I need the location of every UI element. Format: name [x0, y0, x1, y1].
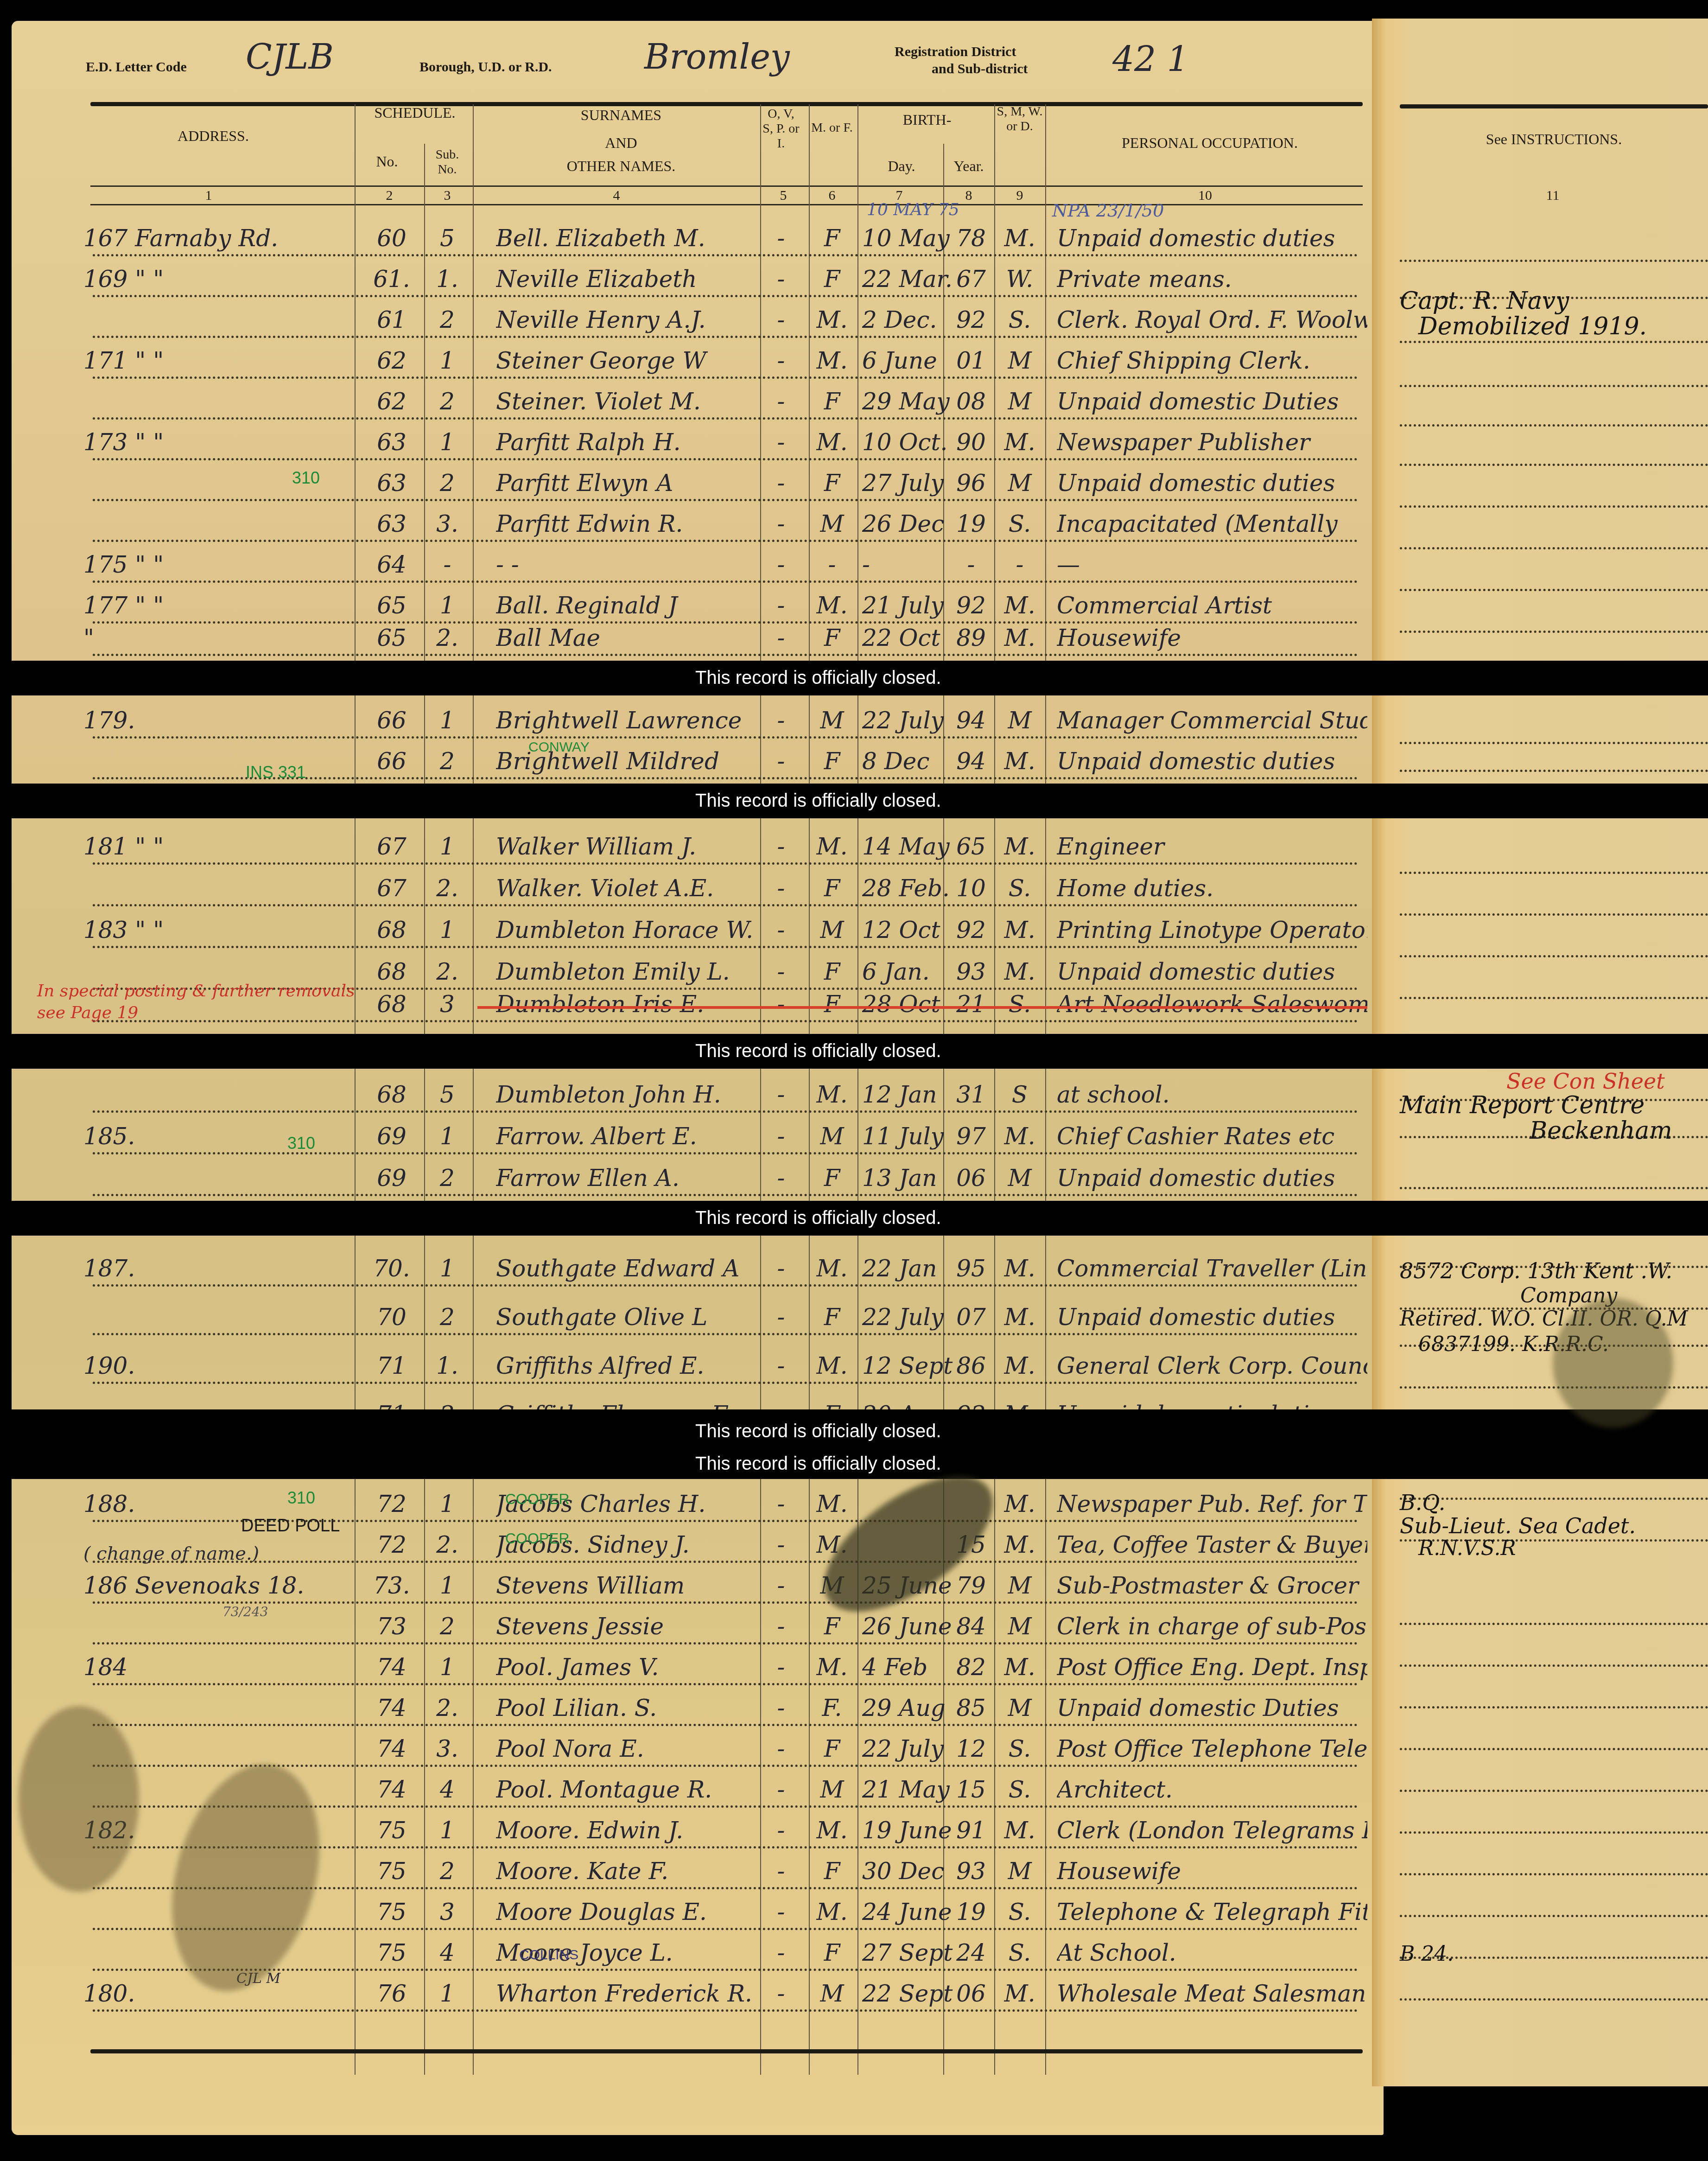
- cell-year: 24: [950, 1939, 992, 1966]
- cell-ovs: -: [762, 1255, 800, 1282]
- cell-day: 12 Oct: [862, 917, 955, 943]
- cell-smw: S.: [997, 306, 1043, 333]
- cell-address: 175 " ": [83, 551, 357, 578]
- instructions-rule: [1400, 464, 1708, 466]
- col-day: Day.: [862, 158, 941, 175]
- occupation-annotation: NPA 23/1/50: [1052, 200, 1164, 221]
- cell-year: 85: [950, 1695, 992, 1721]
- cell-ovs: -: [762, 1572, 800, 1599]
- cell-occupation: Incapacitated (Mentally: [1057, 510, 1367, 537]
- census-row: 175 " "64-- ------—: [0, 542, 1372, 583]
- cell-address: 171 " ": [83, 347, 357, 374]
- cell-smw: S.: [997, 510, 1043, 537]
- note-capt-navy: Capt. R. Navy: [1400, 287, 1569, 315]
- col-smwd: S, M, W. or D.: [997, 104, 1043, 134]
- note-sub-lieut: Sub-Lieut. Sea Cadet.: [1400, 1514, 1636, 1538]
- cell-ovs: -: [762, 1531, 800, 1558]
- column-number: 2: [380, 188, 399, 204]
- cell-year: 21: [950, 991, 992, 1018]
- cell-day: 29 May: [862, 388, 955, 415]
- cell-day: 2 Dec.: [862, 306, 955, 333]
- cell-sex: F: [816, 1735, 848, 1762]
- cell-sex: M.: [816, 1081, 848, 1108]
- green-ref-310-c: 310: [287, 1488, 315, 1508]
- cell-year: 94: [950, 707, 992, 734]
- cell-occupation: Unpaid domestic duties: [1057, 1304, 1367, 1331]
- cell-occupation: Manager Commercial Studio: [1057, 707, 1367, 734]
- cell-occupation: Newspaper Publisher: [1057, 429, 1367, 456]
- stain: [19, 1706, 139, 1892]
- cell-ovs: -: [762, 1654, 800, 1681]
- cell-occupation: Engineer: [1057, 833, 1367, 860]
- cell-sub: 2: [426, 470, 468, 497]
- cell-sex: M: [816, 1776, 848, 1803]
- cell-day: 6 Jan.: [862, 958, 955, 985]
- cell-ovs: -: [762, 429, 800, 456]
- cell-schedule: 65: [366, 592, 417, 619]
- cell-year: 12: [950, 1735, 992, 1762]
- cell-ovs: -: [762, 388, 800, 415]
- cell-schedule: 70.: [366, 1255, 417, 1282]
- cell-ovs: -: [762, 1613, 800, 1640]
- instructions-rule: [1400, 1748, 1708, 1750]
- census-row: 742.Pool Lilian. S.-F.29 Aug85MUnpaid do…: [0, 1685, 1372, 1726]
- cell-smw: M.: [997, 1123, 1043, 1150]
- census-row: 167 Farnaby Rd.605Bell. Elizabeth M.-F10…: [0, 216, 1372, 256]
- cell-ovs: -: [762, 1165, 800, 1192]
- col-schedule: SCHEDULE.: [357, 104, 473, 121]
- cell-year: 08: [950, 388, 992, 415]
- census-row: 188.721Jacobs Charles H.-M.M.Newspaper P…: [0, 1481, 1372, 1522]
- closed-record-text: This record is officially closed.: [695, 1453, 941, 1474]
- cell-address: 190.: [83, 1352, 357, 1379]
- instructions-rule: [1400, 1664, 1708, 1667]
- cell-sub: 4: [426, 1776, 468, 1803]
- cell-smw: S: [997, 1081, 1043, 1108]
- col-instructions: See INSTRUCTIONS.: [1400, 131, 1708, 148]
- cell-year: 95: [950, 1255, 992, 1282]
- cell-day: 12 Jan: [862, 1081, 955, 1108]
- cell-day: 22 Mar.: [862, 266, 955, 293]
- cell-year: 65: [950, 833, 992, 860]
- col-schedule-no: No.: [359, 153, 415, 170]
- cell-sub: 2.: [426, 875, 468, 902]
- cell-sex: F: [816, 625, 848, 651]
- cell-schedule: 75: [366, 1858, 417, 1885]
- closed-record-band: This record is officially closed.: [0, 784, 1708, 818]
- closed-record-text: This record is officially closed.: [695, 790, 941, 811]
- cell-occupation: Newspaper Pub. Ref. for Times: [1057, 1491, 1367, 1517]
- cell-occupation: Unpaid domestic Duties: [1057, 388, 1367, 415]
- green-ref-ins: INS 331: [246, 763, 306, 782]
- cell-smw: M.: [997, 1654, 1043, 1681]
- cell-schedule: 76: [366, 1980, 417, 2007]
- cell-smw: M: [997, 1572, 1043, 1599]
- instructions-rule: [1400, 955, 1708, 957]
- cell-sub: 2.: [426, 1531, 468, 1558]
- cell-ovs: -: [762, 1352, 800, 1379]
- cell-occupation: Tea, Coffee Taster & Buyer: [1057, 1531, 1367, 1558]
- instructions-rule: [1400, 505, 1708, 508]
- cell-ovs: -: [762, 958, 800, 985]
- cell-ovs: -: [762, 551, 800, 578]
- cell-schedule: 70: [366, 1304, 417, 1331]
- cell-occupation: Clerk. Royal Ord. F. Woolwich: [1057, 306, 1367, 333]
- cell-year: 67: [950, 266, 992, 293]
- cell-schedule: 63: [366, 429, 417, 456]
- col-ovspi: O, V, S, P. or I.: [762, 107, 800, 152]
- col-schedule-sub: Sub. No.: [426, 147, 468, 177]
- cell-ovs: -: [762, 1817, 800, 1844]
- cell-ovs: -: [762, 1899, 800, 1925]
- note-b24: B 24.: [1400, 1943, 1454, 1966]
- cell-smw: -: [997, 551, 1043, 578]
- cell-year: 93: [950, 958, 992, 985]
- cell-sub: 1.: [426, 1352, 468, 1379]
- cell-address: 185.: [83, 1123, 357, 1150]
- cell-smw: W.: [997, 266, 1043, 293]
- cell-occupation: Architect.: [1057, 1776, 1367, 1803]
- header-rule: [90, 102, 1363, 106]
- instructions-rule: [1400, 1187, 1708, 1189]
- cell-sub: 5: [426, 1081, 468, 1108]
- cell-occupation: Unpaid domestic duties: [1057, 470, 1367, 497]
- instructions-rule: [1400, 997, 1708, 999]
- cell-ovs: -: [762, 1081, 800, 1108]
- cell-year: 90: [950, 429, 992, 456]
- cell-schedule: 74: [366, 1735, 417, 1762]
- cell-ovs: -: [762, 991, 800, 1018]
- cell-sex: F: [816, 1165, 848, 1192]
- cell-day: 27 Sept: [862, 1939, 955, 1966]
- cell-sex: F.: [816, 1695, 848, 1721]
- cell-schedule: 66: [366, 748, 417, 775]
- cell-smw: S.: [997, 1939, 1043, 1966]
- cell-year: 91: [950, 1817, 992, 1844]
- green-cooper-2: COOPER: [505, 1530, 570, 1547]
- cell-ovs: -: [762, 1491, 800, 1517]
- cell-day: 6 June: [862, 347, 955, 374]
- cell-sex: F: [816, 266, 848, 293]
- cell-day: 11 July: [862, 1123, 955, 1150]
- registration-label-1: Registration District: [895, 44, 1016, 60]
- cell-sub: 1: [426, 1255, 468, 1282]
- column-number: 5: [774, 188, 793, 204]
- cell-year: 97: [950, 1123, 992, 1150]
- census-row: 177 " "651Ball. Reginald J-M.21 July92M.…: [0, 583, 1372, 624]
- cell-day: 22 July: [862, 707, 955, 734]
- cell-schedule: 68: [366, 917, 417, 943]
- cell-schedule: 75: [366, 1899, 417, 1925]
- red-removal-note: In special posting & further removals se…: [37, 981, 362, 1024]
- cell-smw: M.: [997, 1817, 1043, 1844]
- instructions-rule: [1400, 341, 1708, 343]
- census-row: 622Steiner. Violet M.-F29 May08MUnpaid d…: [0, 379, 1372, 420]
- cell-sub: 3: [426, 991, 468, 1018]
- cell-ovs: -: [762, 917, 800, 943]
- cell-smw: M: [997, 470, 1043, 497]
- cell-schedule: 74: [366, 1654, 417, 1681]
- cell-smw: M: [997, 1165, 1043, 1192]
- instructions-rule: [1400, 872, 1708, 874]
- row-rule: [93, 2009, 1358, 2012]
- cell-occupation: Unpaid domestic duties: [1057, 958, 1367, 985]
- cell-day: 22 Jan: [862, 1255, 955, 1282]
- cell-year: 96: [950, 470, 992, 497]
- cell-sub: 1: [426, 1817, 468, 1844]
- cell-sex: M.: [816, 347, 848, 374]
- cell-sex: M.: [816, 306, 848, 333]
- note-demobilized: Demobilized 1919.: [1418, 313, 1647, 341]
- birth-annotation: 10 MAY 75: [867, 200, 959, 219]
- cell-occupation: Unpaid domestic Duties: [1057, 1695, 1367, 1721]
- cell-sub: 1: [426, 1654, 468, 1681]
- cell-address: 179.: [83, 707, 357, 734]
- cell-schedule: 61.: [366, 266, 417, 293]
- census-row: 179.661Brightwell Lawrence-M22 July94MMa…: [0, 698, 1372, 739]
- cell-ovs: -: [762, 875, 800, 902]
- green-ref-310-b: 310: [287, 1134, 315, 1153]
- cell-occupation: Post Office Eng. Dept. Insp.: [1057, 1654, 1367, 1681]
- cell-schedule: 68: [366, 991, 417, 1018]
- cell-occupation: Printing Linotype Operator: [1057, 917, 1367, 943]
- cell-ovs: -: [762, 625, 800, 651]
- cell-sub: 2: [426, 748, 468, 775]
- cell-ovs: -: [762, 748, 800, 775]
- cell-schedule: 73.: [366, 1572, 417, 1599]
- cell-schedule: 63: [366, 510, 417, 537]
- cell-occupation: Clerk (London Telegrams Eng.: [1057, 1817, 1367, 1844]
- cell-sub: 3.: [426, 1735, 468, 1762]
- cell-schedule: 62: [366, 388, 417, 415]
- cell-year: 92: [950, 592, 992, 619]
- cell-sub: 1: [426, 707, 468, 734]
- cell-occupation: Home duties.: [1057, 875, 1367, 902]
- cell-sex: M: [816, 510, 848, 537]
- closed-record-text: This record is officially closed.: [695, 668, 941, 688]
- instructions-rule: [1400, 1998, 1708, 2001]
- cell-sub: 2: [426, 1304, 468, 1331]
- instructions-rule: [1400, 1706, 1708, 1708]
- cell-ovs: -: [762, 347, 800, 374]
- cell-address: ": [83, 625, 357, 651]
- cell-smw: M.: [997, 1304, 1043, 1331]
- cell-occupation: Wholesale Meat Salesman: [1057, 1980, 1367, 2007]
- closed-record-text: This record is officially closed.: [695, 1421, 941, 1442]
- instructions-rule: [1400, 1498, 1708, 1500]
- cell-schedule: 74: [366, 1776, 417, 1803]
- cell-sub: 2.: [426, 625, 468, 651]
- cell-sub: 1: [426, 347, 468, 374]
- col-names-1: SURNAMES: [505, 107, 737, 124]
- census-row: 743.Pool Nora E.-F22 July12S.Post Office…: [0, 1726, 1372, 1767]
- cell-sub: 1: [426, 833, 468, 860]
- cell-ovs: -: [762, 1980, 800, 2007]
- cell-occupation: Unpaid domestic duties: [1057, 1165, 1367, 1192]
- cell-sex: M.: [816, 833, 848, 860]
- cell-smw: M.: [997, 1980, 1043, 2007]
- cell-schedule: 68: [366, 958, 417, 985]
- cell-smw: M: [997, 707, 1043, 734]
- cell-sex: M.: [816, 1899, 848, 1925]
- cell-sub: 2: [426, 1613, 468, 1640]
- cell-occupation: Chief Shipping Clerk.: [1057, 347, 1367, 374]
- cell-year: 19: [950, 510, 992, 537]
- cell-schedule: 60: [366, 225, 417, 252]
- cell-day: 12 Sept: [862, 1352, 955, 1379]
- cell-address: 186 Sevenoaks 18.: [83, 1572, 357, 1599]
- cell-year: 94: [950, 748, 992, 775]
- header-rule-right: [1400, 104, 1708, 108]
- cell-year: 82: [950, 1654, 992, 1681]
- cell-schedule: 66: [366, 707, 417, 734]
- cell-address: 184: [83, 1654, 357, 1681]
- cell-sub: 1: [426, 592, 468, 619]
- instructions-rule: [1400, 547, 1708, 549]
- closed-record-band: This record is officially closed. This r…: [0, 1409, 1708, 1479]
- cell-smw: M.: [997, 625, 1043, 651]
- cell-sub: 1: [426, 1123, 468, 1150]
- cell-occupation: Unpaid domestic duties: [1057, 748, 1367, 775]
- census-row: 183 " "681Dumbleton Horace W.-M12 Oct92M…: [0, 906, 1372, 948]
- cell-sex: F: [816, 388, 848, 415]
- cell-ovs: -: [762, 1858, 800, 1885]
- column-number: 11: [1543, 188, 1562, 204]
- instructions-rule: [1400, 260, 1708, 262]
- registration-value: 42 1: [1112, 39, 1189, 79]
- cell-address: 173 " ": [83, 429, 357, 456]
- cell-sex: M: [816, 1123, 848, 1150]
- cell-address: 177 " ": [83, 592, 357, 619]
- census-row: 685Dumbleton John H.-M.12 Jan31Sat schoo…: [0, 1071, 1372, 1113]
- cell-year: 84: [950, 1613, 992, 1640]
- cell-smw: M: [997, 1858, 1043, 1885]
- census-row: 181 " "671Walker William J.-M.14 May65M.…: [0, 823, 1372, 865]
- cell-sex: F: [816, 1304, 848, 1331]
- cell-schedule: 61: [366, 306, 417, 333]
- cell-smw: S.: [997, 1899, 1043, 1925]
- cell-day: 8 Dec: [862, 748, 955, 775]
- cell-sex: F: [816, 225, 848, 252]
- cell-year: -: [950, 551, 992, 578]
- cell-year: 89: [950, 625, 992, 651]
- census-row: 186 Sevenoaks 18.73.1Stevens William-M25…: [0, 1563, 1372, 1604]
- note-bq: B.Q.: [1400, 1491, 1445, 1515]
- cell-schedule: 72: [366, 1491, 417, 1517]
- column-number: 1: [199, 188, 218, 204]
- instructions-rule: [1400, 742, 1708, 744]
- cell-smw: M.: [997, 1352, 1043, 1379]
- cell-occupation: Unpaid domestic duties: [1057, 225, 1367, 252]
- cell-day: 21 July: [862, 592, 955, 619]
- cell-schedule: 65: [366, 625, 417, 651]
- cell-ovs: -: [762, 225, 800, 252]
- cell-day: 22 Sept: [862, 1980, 955, 2007]
- cell-smw: S.: [997, 875, 1043, 902]
- cell-sex: M.: [816, 1255, 848, 1282]
- cell-year: 92: [950, 306, 992, 333]
- census-row: 185.691Farrow. Albert E.-M11 July97M.Chi…: [0, 1113, 1372, 1154]
- cell-ovs: -: [762, 592, 800, 619]
- ed-letter-code-value: CJLB: [246, 37, 334, 77]
- cell-occupation: Housewife: [1057, 1858, 1367, 1885]
- cell-day: 28 Oct: [862, 991, 955, 1018]
- cell-schedule: 62: [366, 347, 417, 374]
- cell-sex: F: [816, 748, 848, 775]
- cell-year: 92: [950, 917, 992, 943]
- cell-sub: 1: [426, 917, 468, 943]
- cell-year: 31: [950, 1081, 992, 1108]
- note-corp: 8572 Corp. 13th Kent .W.: [1400, 1259, 1672, 1283]
- cell-year: 19: [950, 1899, 992, 1925]
- cell-sex: F: [816, 991, 848, 1018]
- cell-sub: 2: [426, 1165, 468, 1192]
- census-row: 612Neville Henry A.J.-M.2 Dec.92S.Clerk.…: [0, 297, 1372, 338]
- cell-sex: M.: [816, 1491, 848, 1517]
- cell-smw: M.: [997, 748, 1043, 775]
- census-row: 184741Pool. James V.-M.4 Feb82M.Post Off…: [0, 1645, 1372, 1685]
- cell-schedule: 67: [366, 875, 417, 902]
- closed-record-band: This record is officially closed.: [0, 661, 1708, 695]
- cell-occupation: Housewife: [1057, 625, 1367, 651]
- column-number: 4: [607, 188, 626, 204]
- cell-address: 188.: [83, 1491, 357, 1517]
- cell-sex: -: [816, 551, 848, 578]
- cell-ovs: -: [762, 1939, 800, 1966]
- col-address: ADDRESS.: [153, 127, 273, 145]
- cell-day: 14 May: [862, 833, 955, 860]
- cell-day: 26 June: [862, 1613, 955, 1640]
- cell-address: 183 " ": [83, 917, 357, 943]
- cell-schedule: 68: [366, 1081, 417, 1108]
- borough-label: Borough, U.D. or R.D.: [419, 59, 552, 75]
- cell-sub: 2: [426, 388, 468, 415]
- cell-ovs: -: [762, 470, 800, 497]
- col-names-2: AND: [505, 134, 737, 152]
- cell-schedule: 73: [366, 1613, 417, 1640]
- cell-year: 78: [950, 225, 992, 252]
- cell-schedule: 72: [366, 1531, 417, 1558]
- cell-day: -: [862, 551, 955, 578]
- green-conway: CONWAY: [528, 739, 590, 755]
- instructions-rule: [1400, 1623, 1708, 1625]
- cell-smw: M: [997, 1613, 1043, 1640]
- cell-year: 79: [950, 1572, 992, 1599]
- cell-sex: F: [816, 470, 848, 497]
- cell-sex: M.: [816, 429, 848, 456]
- cell-day: 10 Oct.: [862, 429, 955, 456]
- cell-sex: F: [816, 1613, 848, 1640]
- cell-occupation: Sub-Postmaster & Grocer: [1057, 1572, 1367, 1599]
- cell-day: 21 May: [862, 1776, 955, 1803]
- cell-occupation: —: [1057, 551, 1367, 578]
- closed-record-text: This record is officially closed.: [695, 1041, 941, 1062]
- cell-smw: M.: [997, 958, 1043, 985]
- cell-smw: M.: [997, 917, 1043, 943]
- cell-ovs: -: [762, 266, 800, 293]
- cell-occupation: Post Office Telephone Telegr.: [1057, 1735, 1367, 1762]
- census-row: 190.711.Griffiths Alfred E.-M.12 Sept86M…: [0, 1335, 1372, 1384]
- cell-occupation: Clerk in charge of sub-Post: [1057, 1613, 1367, 1640]
- cell-ovs: -: [762, 1304, 800, 1331]
- census-row: 732Stevens Jessie-F26 June84MClerk in ch…: [0, 1604, 1372, 1645]
- cell-day: 28 Feb.: [862, 875, 955, 902]
- cell-day: 22 Oct: [862, 625, 955, 651]
- cell-smw: M.: [997, 225, 1043, 252]
- cell-sex: M: [816, 1980, 848, 2007]
- cell-sex: F: [816, 1939, 848, 1966]
- census-row: 632Parfitt Elwyn A-F27 July96MUnpaid dom…: [0, 460, 1372, 501]
